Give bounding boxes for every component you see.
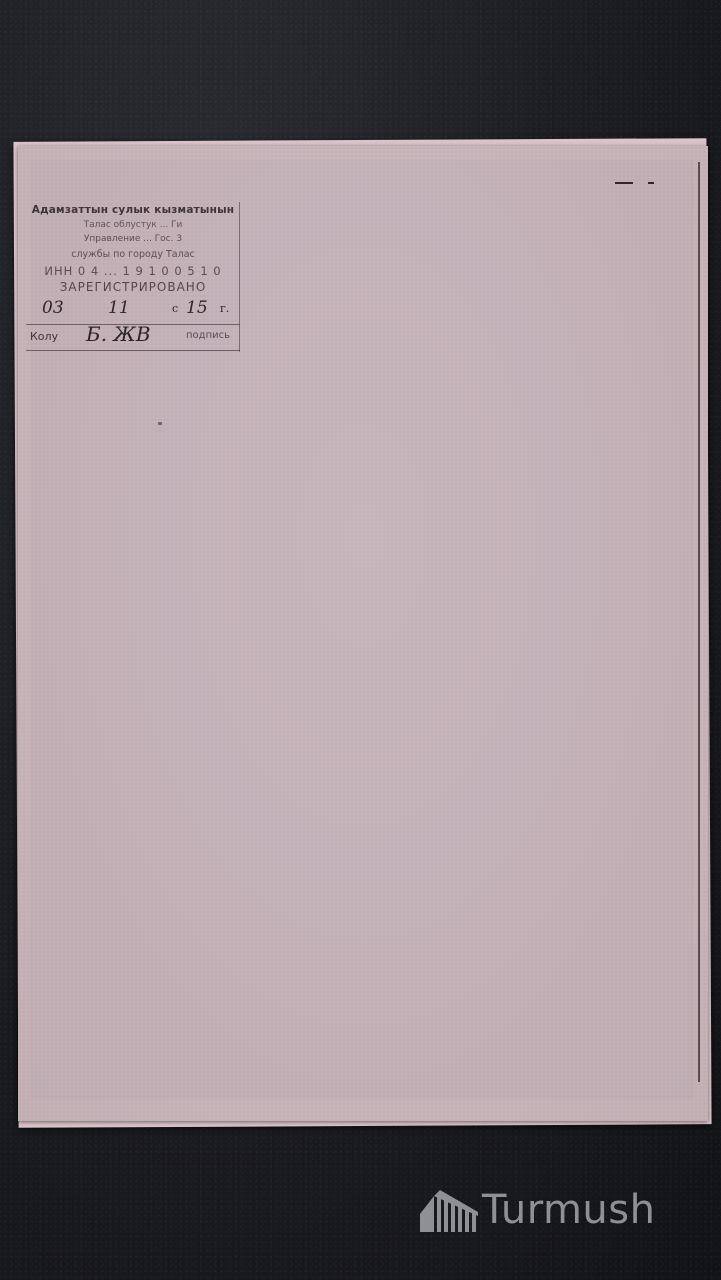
stamp-line-4: службы по городу Талас [26, 249, 240, 260]
stamp-line-1: Адамзаттын сулык кызматынын [26, 204, 240, 216]
stamp-right-rule [239, 202, 240, 352]
dash-mark [615, 182, 633, 184]
dash-mark [648, 182, 654, 184]
watermark-brand: Turmush [482, 1188, 655, 1232]
top-right-marks [605, 172, 654, 191]
stamp-registered: ЗАРЕГИСТРИРОВАНО [26, 280, 240, 294]
registration-stamp: Адамзаттын сулык кызматынын Талас облуст… [26, 202, 240, 352]
ink-speck [158, 422, 162, 425]
house-stripes-icon [420, 1184, 478, 1232]
stamp-date-year: 15 [186, 298, 208, 318]
page-edge-line [698, 162, 700, 1082]
stamp-date-year-prefix: с [172, 302, 178, 315]
stamp-date-day: 03 [42, 298, 64, 318]
print-area [30, 160, 694, 1099]
stamp-divider [26, 324, 240, 325]
stamp-bottom-rule [26, 350, 240, 351]
stamp-line-3: Управление ... Гос. 3 [26, 234, 240, 244]
stamp-inn: ИНН 0 4 ... 1 9 1 0 0 5 1 0 [26, 264, 240, 278]
turmush-watermark: Turmush [420, 1184, 655, 1232]
handwritten-signature: Б. ЖВ [86, 322, 151, 346]
stamp-line-2: Талас облустук ... Ги [26, 220, 240, 230]
signature-label: Колу [30, 330, 58, 343]
stamp-date-month: 11 [108, 298, 130, 318]
document-page: Адамзаттын сулык кызматынын Талас облуст… [18, 146, 708, 1121]
signature-caption: подпись [186, 330, 230, 341]
stamp-date-year-suffix: г. [220, 302, 229, 315]
